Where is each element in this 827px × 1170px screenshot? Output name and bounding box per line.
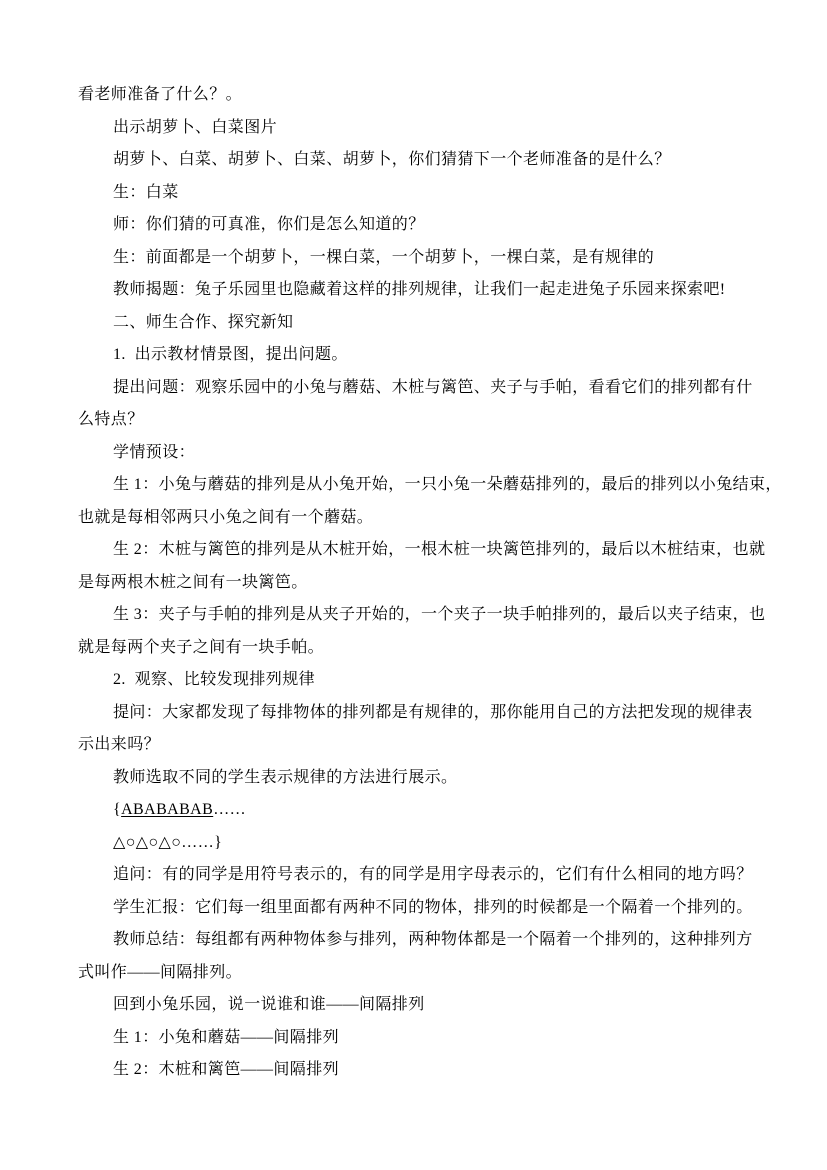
- text-line: 是每两根木桩之间有一块篱笆。: [78, 567, 790, 600]
- text-line: 生 2：木桩和篱笆——间隔排列: [78, 1054, 790, 1087]
- text-line: 就是每两个夹子之间有一块手帕。: [78, 632, 790, 665]
- text-line: 2. 观察、比较发现排列规律: [78, 664, 790, 697]
- text-line: 二、师生合作、探究新知: [78, 307, 790, 340]
- document-page: 看老师准备了什么？。出示胡萝卜、白菜图片胡萝卜、白菜、胡萝卜、白菜、胡萝卜，你们…: [0, 0, 827, 1170]
- text-line: 师：你们猜的可真准，你们是怎么知道的？: [78, 209, 790, 242]
- document-text: 看老师准备了什么？。出示胡萝卜、白菜图片胡萝卜、白菜、胡萝卜、白菜、胡萝卜，你们…: [78, 79, 790, 1087]
- text-line: 生：前面都是一个胡萝卜，一棵白菜，一个胡萝卜，一棵白菜，是有规律的: [78, 242, 790, 275]
- text-line: {ABABABAB……: [78, 794, 790, 827]
- text-line: △○△○△○……}: [78, 827, 790, 860]
- text-line: 生 3：夹子与手帕的排列是从夹子开始的，一个夹子一块手帕排列的，最后以夹子结束，…: [78, 599, 790, 632]
- text-line: 学情预设：: [78, 437, 790, 470]
- text-line: 么特点？: [78, 404, 790, 437]
- text-line: 教师揭题：兔子乐园里也隐藏着这样的排列规律，让我们一起走进兔子乐园来探索吧!: [78, 274, 790, 307]
- text-line: 追问：有的同学是用符号表示的，有的同学是用字母表示的，它们有什么相同的地方吗？: [78, 859, 790, 892]
- text-line: 回到小兔乐园，说一说谁和谁——间隔排列: [78, 989, 790, 1022]
- text-line: 1. 出示教材情景图，提出问题。: [78, 339, 790, 372]
- text-line: 看老师准备了什么？。: [78, 79, 790, 112]
- text-run: {: [113, 801, 121, 818]
- text-line: 生：白菜: [78, 177, 790, 210]
- text-line: 生 2：木桩与篱笆的排列是从木桩开始，一根木桩一块篱笆排列的，最后以木桩结束，也…: [78, 534, 790, 567]
- text-line: 教师选取不同的学生表示规律的方法进行展示。: [78, 762, 790, 795]
- text-line: 胡萝卜、白菜、胡萝卜、白菜、胡萝卜，你们猜猜下一个老师准备的是什么？: [78, 144, 790, 177]
- text-line: 出示胡萝卜、白菜图片: [78, 112, 790, 145]
- text-line: 提出问题：观察乐园中的小兔与蘑菇、木桩与篱笆、夹子与手帕，看看它们的排列都有什: [78, 372, 790, 405]
- underlined-text-run: ABABABAB: [121, 801, 213, 818]
- text-line: 教师总结：每组都有两种物体参与排列，两种物体都是一个隔着一个排列的，这种排列方: [78, 924, 790, 957]
- text-line: 生 1：小兔与蘑菇的排列是从小兔开始，一只小兔一朵蘑菇排列的，最后的排列以小兔结…: [78, 469, 790, 502]
- text-line: 提问：大家都发现了每排物体的排列都是有规律的，那你能用自己的方法把发现的规律表: [78, 697, 790, 730]
- text-line: 也就是每相邻两只小兔之间有一个蘑菇。: [78, 502, 790, 535]
- text-line: 学生汇报：它们每一组里面都有两种不同的物体，排列的时候都是一个隔着一个排列的。: [78, 892, 790, 925]
- text-run: ……: [213, 801, 246, 818]
- text-line: 示出来吗？: [78, 729, 790, 762]
- text-line: 生 1：小兔和蘑菇——间隔排列: [78, 1022, 790, 1055]
- text-line: 式叫作——间隔排列。: [78, 957, 790, 990]
